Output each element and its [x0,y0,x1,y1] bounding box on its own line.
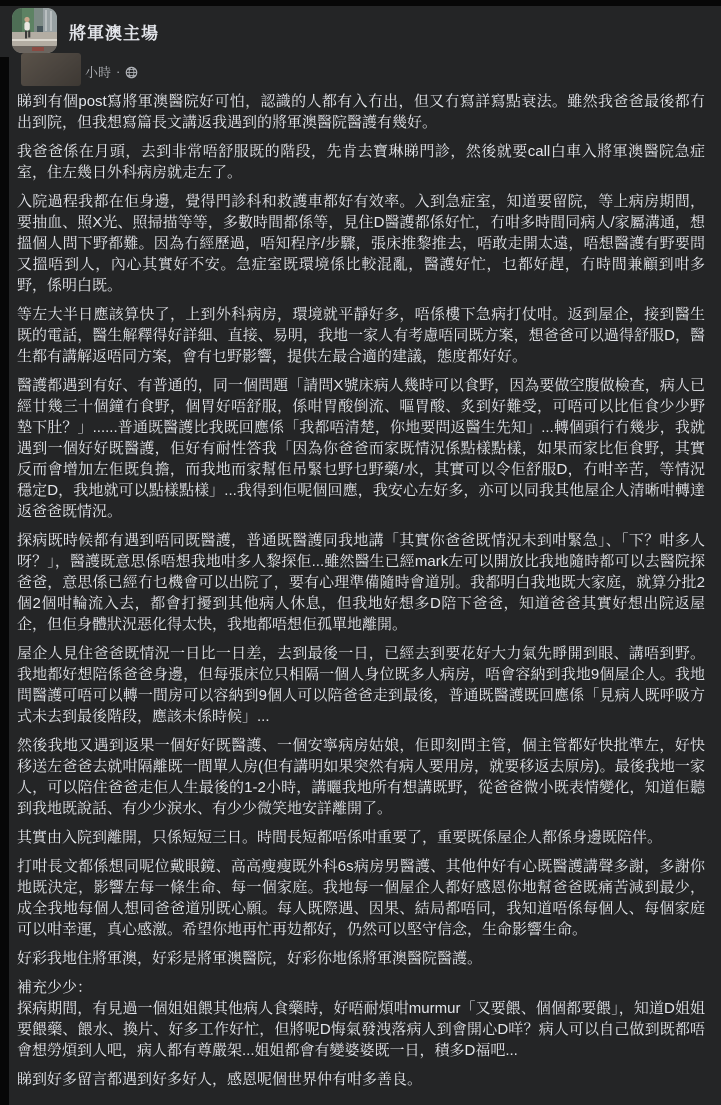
post-paragraph: 醫護都遇到有好、有普通的，同一個問題「請問X號床病人幾時可以食野，因為要做空腹做… [17,375,705,522]
post-paragraph: 入院過程我都在佢身邊，覺得門診科和救護車都好有效率。入到急症室，知道要留院，等上… [17,191,705,296]
screenshot-crop-edge-left [0,57,9,1105]
post-paragraph: 屋企人見住爸爸既情況一日比一日差，去到最後一日，已經去到要花好大力氣先睜開到眼、… [17,643,705,727]
post-paragraph: 補充少少： 探病期間，有見過一個姐姐餵其他病人食藥時，好唔耐煩咁murmur「又… [17,977,705,1061]
post-meta-row: 小時 · [85,62,138,81]
page-avatar[interactable] [12,8,57,53]
post-paragraph: 睇到有個post寫將軍澳醫院好可怕，認識的人都有入冇出，但又冇寫詳寫點衰法。雖然… [17,91,705,133]
post-paragraph: 然後我地又遇到返果一個好好既醫護、一個安寧病房姑娘，佢即刻問主管，個主管都好快批… [17,735,705,819]
post-paragraph: 其實由入院到離開，只係短短三日。時間長短都唔係咁重要了，重要既係屋企人都係身邊既… [17,827,705,848]
post-paragraph: 探病既時候都有遇到唔同既醫護，普通既醫護同我地講「其實你爸爸既情況未到咁緊急」、… [17,530,705,635]
post-paragraph: 我爸爸係在月頭，去到非常唔舒服既的階段，先肯去寶琳睇門診，然後就要call白車入… [17,141,705,183]
post-paragraph: 好彩我地住將軍澳，好彩是將軍澳醫院，好彩你地係將軍澳醫院醫護。 [17,948,705,969]
redacted-author-name [21,53,81,86]
street-scene-photo-icon [12,8,57,53]
post-paragraph: 等左大半日應該算快了，上到外科病房，環境就平靜好多，唔係樓下急病打仗咁。返到屋企… [17,304,705,367]
meta-separator: · [116,64,120,79]
globe-public-icon [125,66,138,79]
post-header: 將軍澳主場 0 小時 · [0,0,721,92]
page-name[interactable]: 將軍澳主場 [69,19,159,44]
screenshot-crop-edge-top [0,0,721,6]
post-paragraph: 睇到好多留言都遇到好多好人，感恩呢個世界仲有咁多善良。 [17,1069,705,1090]
timestamp[interactable]: 小時 [85,62,111,81]
post-body-text: 睇到有個post寫將軍澳醫院好可怕，認識的人都有入冇出，但又冇寫詳寫點衰法。雖然… [17,91,705,1098]
post-paragraph: 打咁長文都係想同呢位戴眼鏡、高高瘦瘦既外科6s病房男醫護、其他仲好有心既醫護講聲… [17,856,705,940]
